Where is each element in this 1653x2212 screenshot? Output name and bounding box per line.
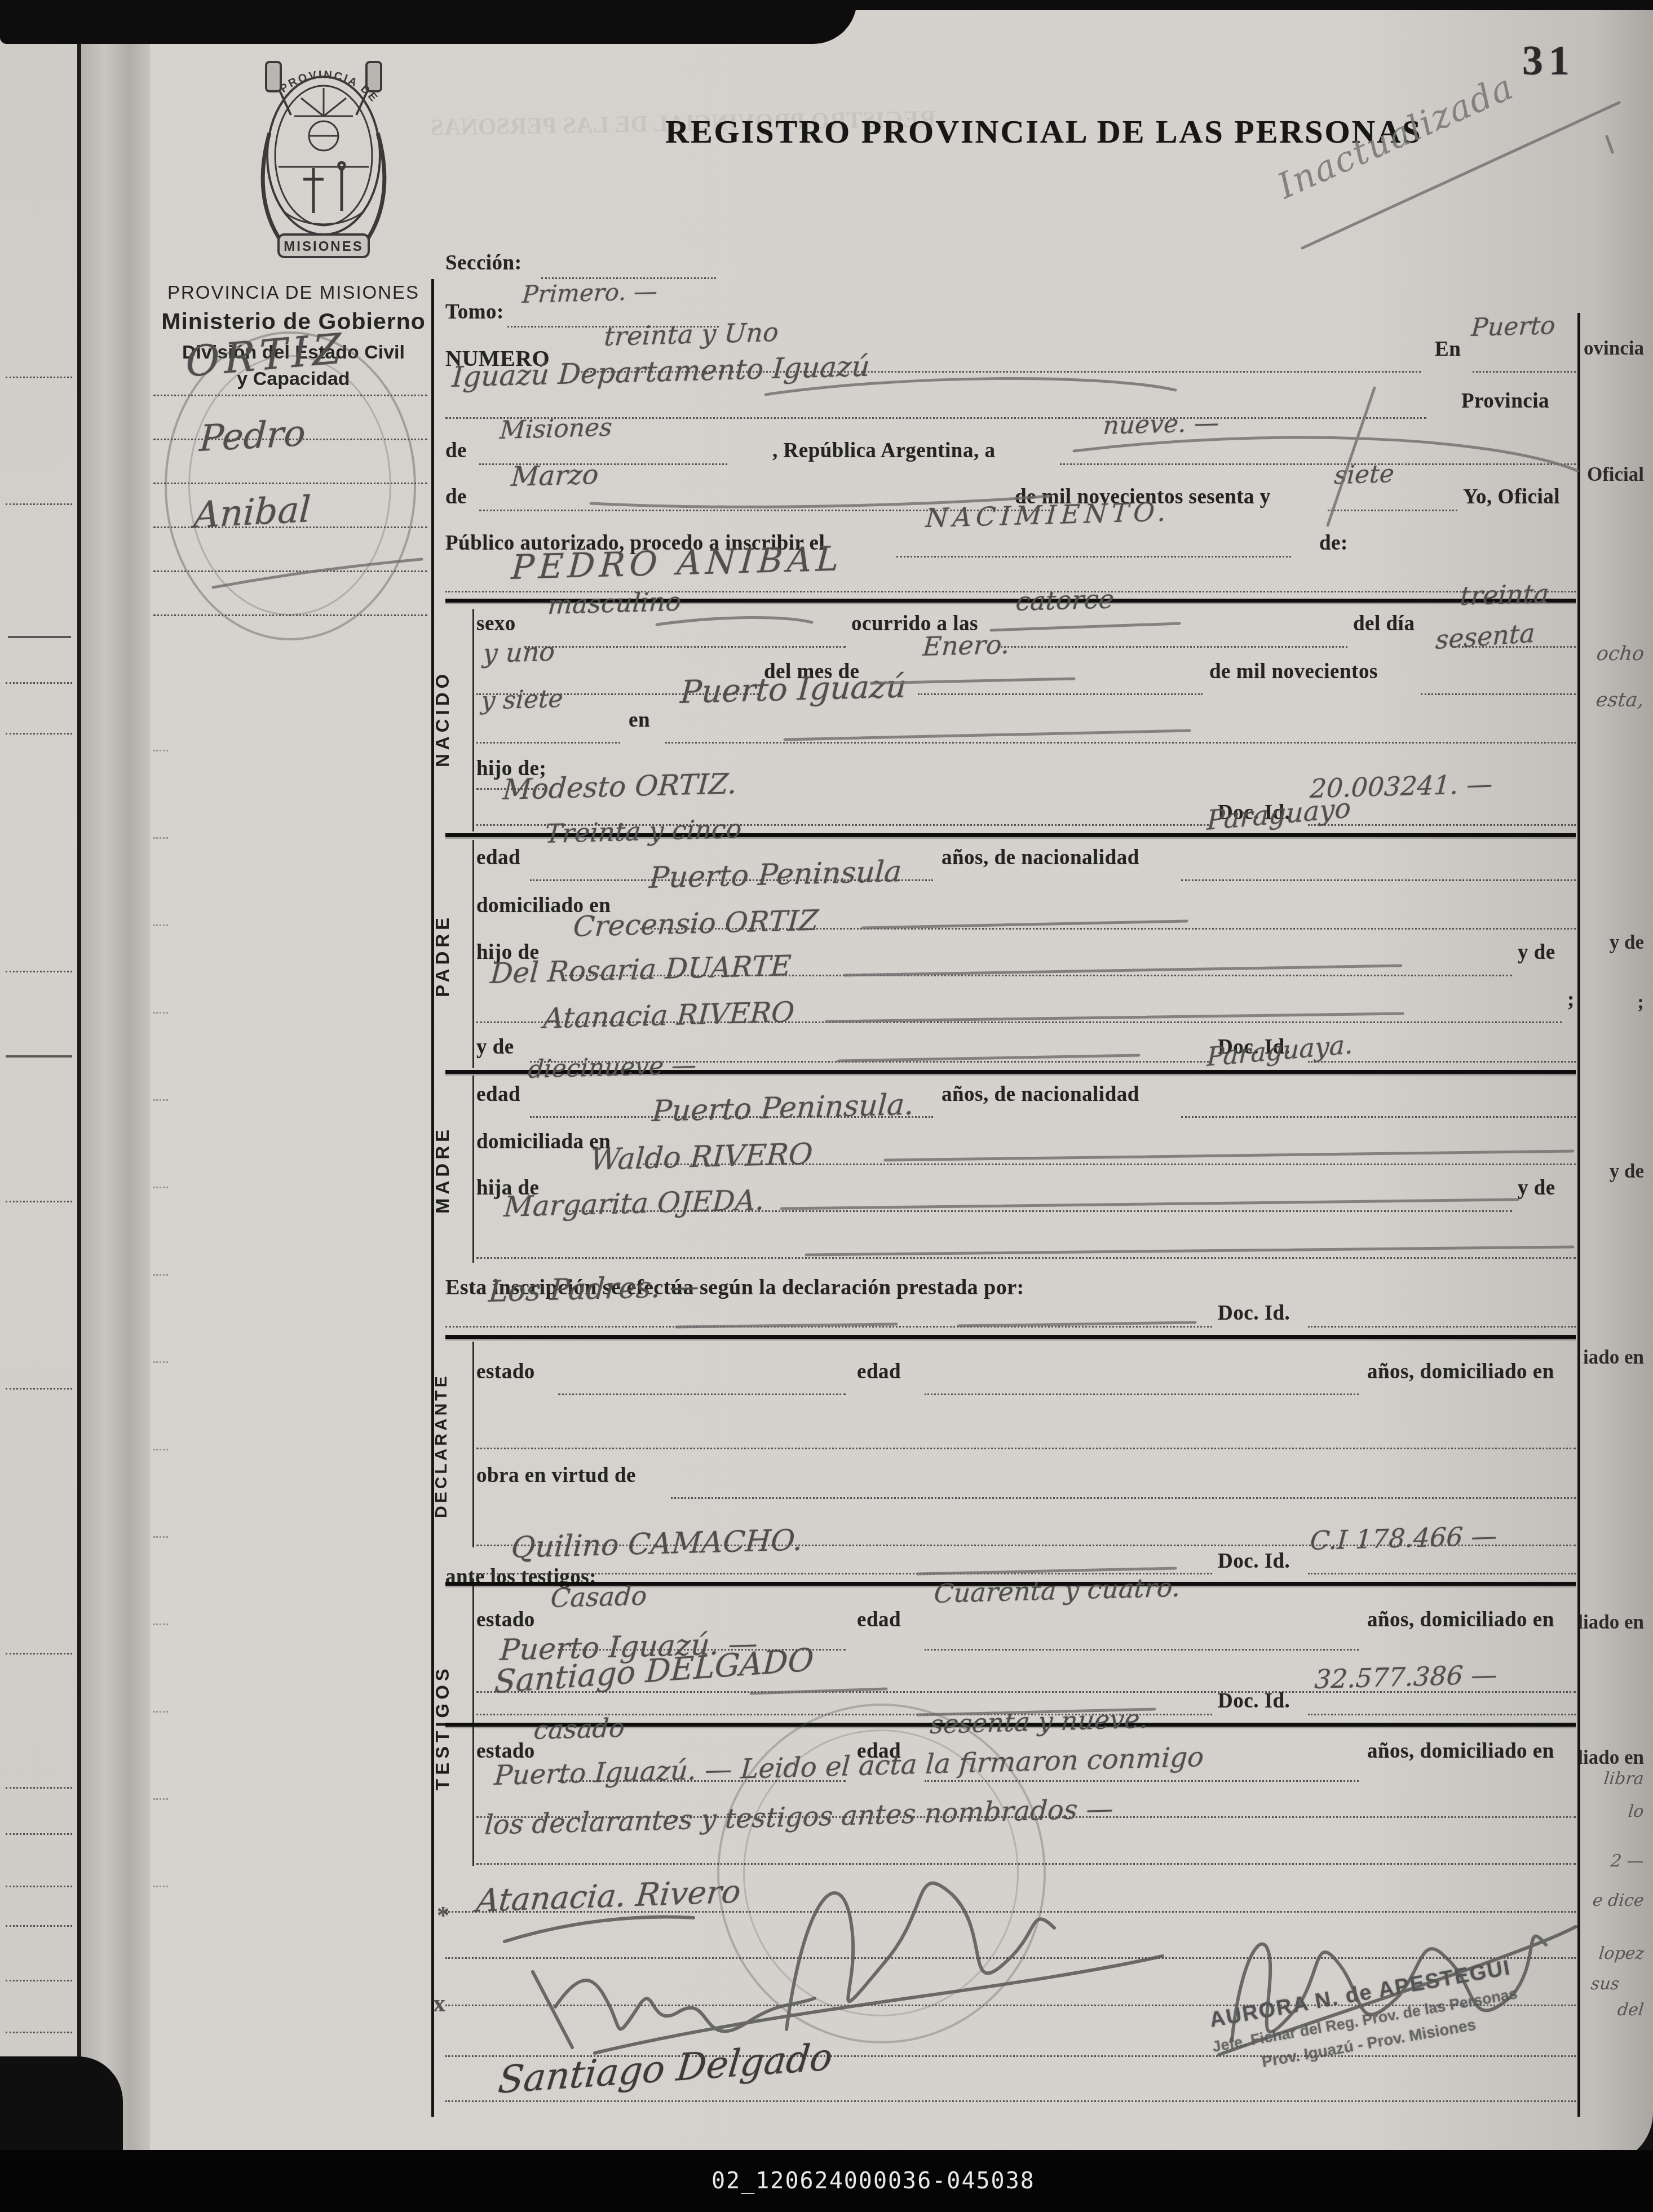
dotted-line — [925, 1649, 1359, 1651]
anio-nacido-label: de mil novecientos — [1209, 660, 1378, 684]
scan-top-corner — [0, 0, 857, 44]
docid-label-testigo1: Doc. Id. — [1218, 1549, 1290, 1573]
dia-value-2: y uno — [482, 636, 556, 669]
edad-padre-label: edad — [476, 846, 520, 870]
left-page-handwriting: ocho — [1595, 643, 1646, 665]
republica-label: , República Argentina, a — [772, 439, 995, 463]
dotted-line — [476, 742, 620, 744]
sexo-value: masculino — [547, 586, 682, 620]
dotted-line — [6, 1787, 72, 1789]
en-label: En — [1435, 337, 1461, 361]
dotted-line — [896, 556, 1291, 558]
section-label-declarante: DECLARANTE — [432, 1353, 467, 1539]
dotted-line — [1308, 1061, 1576, 1063]
left-page-handwriting: sus — [1590, 1974, 1620, 1994]
dotted-line — [1060, 463, 1576, 465]
scanned-document: ovincia Oficial ocho esta, y de ; y de i… — [0, 0, 1653, 2212]
margin-name-middle: Anibal — [193, 489, 312, 537]
lugar-nacimiento-value: Puerto Iguazú — [679, 668, 908, 711]
dotted-line — [558, 1393, 846, 1395]
left-page-handwriting: libra — [1603, 1769, 1645, 1789]
left-page-fragment: Oficial — [1587, 463, 1644, 486]
bleed-dash — [153, 1187, 168, 1188]
section-bracket — [472, 609, 474, 831]
dotted-line — [6, 2032, 72, 2033]
dotted-line — [671, 1497, 1576, 1499]
bleed-dash — [153, 1361, 168, 1363]
previous-page-edge — [0, 7, 81, 2064]
acto-value: NACIMIENTO. — [925, 497, 1171, 533]
provincia-label: Provincia — [1461, 389, 1549, 413]
bleed-dash — [153, 1798, 168, 1800]
dotted-line — [918, 693, 1203, 695]
left-page-handwriting: 2 — — [1610, 1851, 1645, 1871]
dotted-line — [524, 646, 846, 648]
dotted-line — [1308, 824, 1576, 826]
numero-value: treinta y Uno — [603, 317, 779, 352]
bleed-dash — [153, 924, 168, 926]
domicilio-declarante-label: años, domiciliado en — [1367, 1360, 1554, 1384]
section-bracket — [472, 1578, 474, 1866]
anio-value: siete — [1333, 459, 1395, 490]
bleed-dash — [153, 1711, 168, 1713]
dotted-line — [6, 377, 72, 378]
estado-testigo1-value: Casado — [550, 1580, 648, 1613]
y-de-label: y de — [1518, 940, 1555, 965]
edad-testigo1-value: Cuarenta y cuatro. — [933, 1572, 1181, 1609]
seccion-label: Sección: — [445, 251, 522, 275]
dotted-line — [153, 395, 427, 396]
left-page-fragment: y de — [1610, 1160, 1644, 1183]
margin-name-first: Pedro — [198, 413, 307, 460]
section-bracket — [472, 1076, 474, 1263]
domicilio-madre-value: Puerto Peninsula. — [651, 1088, 915, 1129]
left-page-fragment: ; — [1637, 991, 1644, 1014]
bleed-dash — [153, 1623, 168, 1625]
dotted-line — [1308, 1326, 1576, 1328]
section-bracket — [472, 840, 474, 1068]
dotted-line — [1421, 693, 1576, 695]
left-page-fragment: ovincia — [1584, 337, 1644, 360]
dotted-line — [665, 742, 1576, 744]
province-name: PROVINCIA DE MISIONES — [151, 282, 436, 303]
del-dia-label: del día — [1353, 612, 1415, 636]
edad-padre-value: Treinta y cinco — [544, 813, 742, 849]
dotted-line — [153, 570, 427, 572]
edad-declarante-label: edad — [857, 1360, 901, 1384]
edad-testigo1-label: edad — [857, 1608, 901, 1632]
dotted-line — [925, 1393, 1359, 1395]
bleed-dash — [153, 1274, 168, 1276]
tomo-value: Primero. — — [521, 277, 658, 308]
yo-oficial-label: Yo, Oficial — [1463, 485, 1560, 509]
dotted-line — [6, 1886, 72, 1887]
misiones-coat-of-arms-icon: PROVINCIA DE MISIONES — [247, 48, 400, 285]
dotted-line — [445, 1326, 1212, 1328]
estado-declarante-label: estado — [476, 1360, 535, 1384]
dotted-line — [6, 1925, 72, 1927]
bleed-dash — [153, 750, 168, 751]
testigo2-doc: 32.577.386 — — [1314, 1659, 1498, 1695]
en-value: Puerto — [1470, 311, 1556, 342]
abuelo-paterno-value: Crecensio ORTIZ — [572, 904, 819, 943]
dotted-line — [153, 614, 427, 616]
left-page-fragment: y de — [1610, 931, 1644, 954]
section-label-testigos: TESTIGOS — [432, 1635, 467, 1821]
section-label-madre: MADRE — [432, 1088, 467, 1251]
section-label-nacido: NACIDO — [432, 614, 467, 823]
form-right-border — [1577, 313, 1580, 2117]
dotted-line — [1308, 1573, 1576, 1574]
dotted-line — [445, 2100, 1576, 2102]
domicilio-testigo1-label: años, domiciliado en — [1367, 1608, 1554, 1632]
left-page-handwriting: del — [1617, 2000, 1645, 2020]
nacionalidad-madre-label: años, de nacionalidad — [942, 1082, 1139, 1107]
anio-value-2: y siete — [480, 684, 564, 715]
dotted-line — [6, 503, 72, 505]
mes-value: Marzo — [510, 459, 599, 493]
docid-label-testigo2: Doc. Id. — [1218, 1689, 1290, 1713]
left-page-handwriting: lo — [1628, 1802, 1645, 1821]
left-page-handwriting: e dice — [1592, 1891, 1645, 1910]
nacionalidad-padre-label: años, de nacionalidad — [942, 846, 1139, 870]
left-page-handwriting: esta, — [1595, 689, 1645, 711]
left-page-fragment: liado en — [1577, 1746, 1644, 1769]
bleed-dash — [153, 1099, 168, 1101]
dia-value: nueve. — — [1102, 409, 1220, 440]
en-nacido-label: en — [629, 708, 650, 732]
sexo-label: sexo — [476, 612, 516, 636]
dotted-line — [1308, 1714, 1576, 1715]
estado-testigo1-label: estado — [476, 1608, 535, 1632]
bleed-dash — [153, 837, 168, 839]
section-label-padre: PADRE — [432, 857, 467, 1054]
section-bracket — [472, 1342, 474, 1547]
section-rule — [445, 1335, 1576, 1339]
tomo-label: Tomo: — [445, 300, 504, 324]
docid-label-declarante: Doc. Id. — [1218, 1301, 1290, 1325]
dotted-line — [476, 1257, 1576, 1259]
declarante-value: Los Padres. — — [488, 1269, 700, 1309]
dotted-line — [1181, 879, 1576, 881]
y-de-label-2: y de — [1518, 1176, 1555, 1200]
left-page-handwriting: lopez — [1598, 1944, 1645, 1963]
book-gutter — [81, 7, 150, 2170]
hora-value: catorce — [1015, 583, 1115, 617]
bleed-dash — [153, 1012, 168, 1014]
dotted-line — [153, 483, 427, 484]
provincia-value: Misiones — [499, 413, 613, 445]
dotted-line — [6, 1833, 72, 1835]
y-de-madre-label: y de — [476, 1035, 514, 1059]
edad-madre-label: edad — [476, 1082, 520, 1107]
abuelo-materno-value: Waldo RIVERO — [589, 1138, 814, 1177]
dotted-line — [6, 1201, 72, 1202]
de-label-2: de — [445, 485, 467, 509]
dotted-line — [1181, 1116, 1576, 1118]
mes-nacido-value: Enero. — [922, 629, 1010, 662]
de-label: de — [445, 439, 467, 463]
dotted-line — [6, 971, 72, 972]
edad-madre-value: diecinueve — — [527, 1051, 697, 1084]
bleed-dash — [153, 1449, 168, 1450]
testigo1-doc: C.I 178.466 — — [1309, 1520, 1498, 1556]
domicilio-padre-value: Puerto Peninsula — [648, 855, 903, 895]
solid-line — [6, 1055, 72, 1058]
dotted-line — [6, 682, 72, 684]
domicilio-testigo2-label: años, domiciliado en — [1367, 1739, 1554, 1763]
left-page-fragment: liado en — [1577, 1611, 1644, 1634]
round-stamp-inner-bottom — [743, 1729, 1019, 2016]
solid-line — [8, 636, 71, 638]
dotted-line — [1328, 510, 1457, 511]
page-number: 31 — [1522, 37, 1575, 85]
bleed-dash — [153, 1536, 168, 1538]
dotted-line — [1473, 371, 1576, 373]
dotted-line — [6, 1653, 72, 1654]
abuela-materna-value: Margarita OJEDA. — [503, 1184, 765, 1223]
firma1-marca: * — [437, 1901, 450, 1930]
dotted-line — [6, 733, 72, 735]
estado-testigo2-value: casado — [533, 1713, 626, 1745]
bleed-dash — [153, 1886, 168, 1887]
dotted-line — [998, 646, 1347, 648]
left-page-fragment: iado en — [1583, 1346, 1644, 1369]
emblem-bottom-banner-text: MISIONES — [284, 239, 363, 254]
dia-value-1: treinta — [1459, 578, 1550, 611]
de-colon-label: de: — [1319, 531, 1348, 555]
archive-code: 02_120624000036-045038 — [711, 2168, 1035, 2194]
firma2-marca: x — [433, 1989, 446, 2018]
dotted-line — [476, 1448, 1576, 1449]
obra-label: obra en virtud de — [476, 1463, 636, 1488]
page-title: REGISTRO PROVINCIAL DE LAS PERSONAS — [665, 113, 1376, 151]
dotted-line — [6, 1980, 72, 1981]
madre-nombre-value: Atanacia RIVERO — [542, 996, 795, 1035]
padre-nombre-value: Modesto ORTIZ. — [502, 767, 738, 806]
semicolon-label: ; — [1567, 988, 1575, 1012]
dotted-line — [6, 1388, 72, 1390]
